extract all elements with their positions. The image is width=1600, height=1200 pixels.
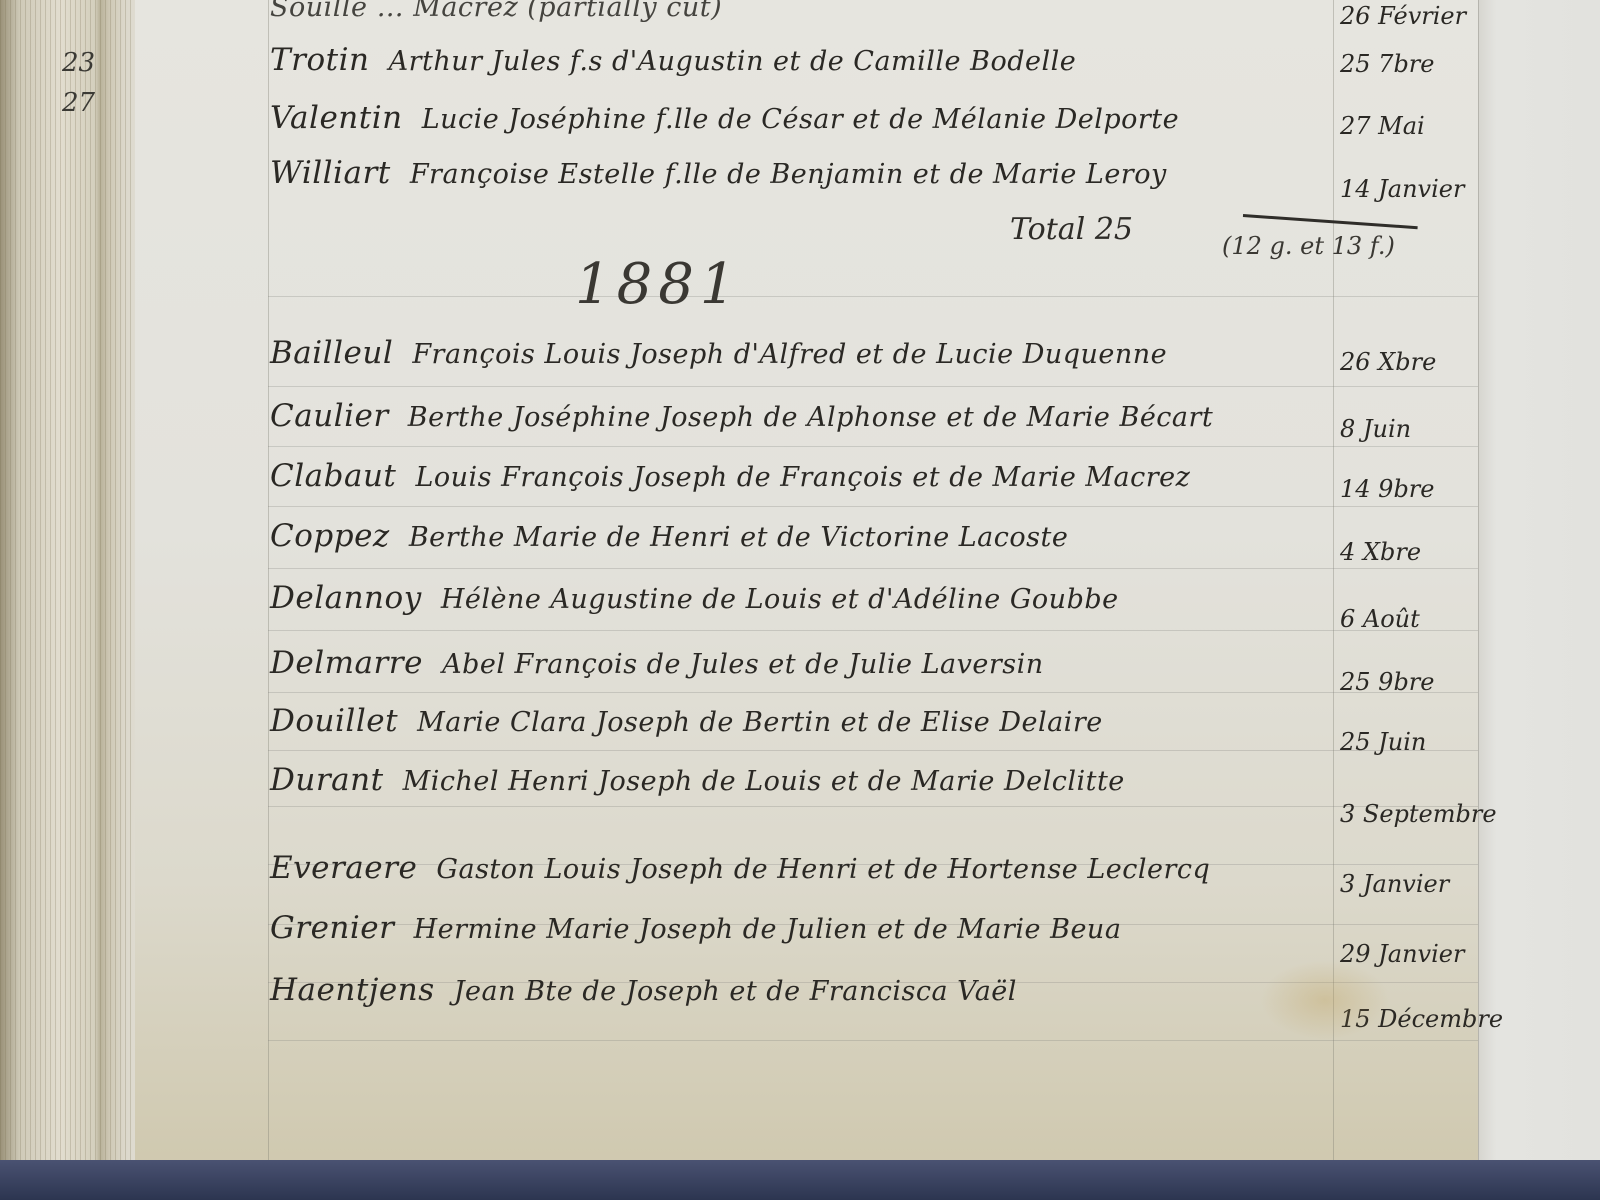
- entry-row: Delannoy Hélène Augustine de Louis et d'…: [270, 580, 1310, 616]
- ruled-line: [268, 750, 1478, 751]
- entry-parents: de Louis et d'Adéline Goubbe: [702, 584, 1118, 615]
- left-column-rule: [268, 0, 269, 1160]
- entry-date: 26 Février: [1340, 2, 1480, 30]
- entry-row: Williart Françoise Estelle f.lle de Benj…: [270, 155, 1310, 191]
- ruled-line: [268, 386, 1478, 387]
- ruled-line: [268, 630, 1478, 631]
- entry-surname: Bailleul: [270, 335, 393, 371]
- total-gender-split: (12 g. et 13 f.): [1222, 232, 1395, 260]
- entry-given-names: Arthur Jules: [389, 46, 561, 77]
- entry-date: 8 Juin: [1340, 415, 1480, 443]
- entry-date: 25 Juin: [1340, 728, 1480, 756]
- entry-surname: Coppez: [270, 518, 390, 554]
- entry-date: 4 Xbre: [1340, 538, 1480, 566]
- ruled-line: [268, 806, 1478, 807]
- entry-row: Souillé … Macrez (partially cut): [270, 0, 1310, 23]
- entry-date: 25 9bre: [1340, 668, 1480, 696]
- entry-given-names: Abel François: [442, 649, 637, 680]
- entry-parents: d'Alfred et de Lucie Duquenne: [734, 339, 1167, 370]
- entry-parents: de Henri et de Victorine Lacoste: [607, 522, 1069, 553]
- entry-parents: f.lle de César et de Mélanie Delporte: [656, 104, 1180, 135]
- ruled-line: [268, 692, 1478, 693]
- entry-date: 27 Mai: [1340, 112, 1480, 140]
- entry-date: 3 Janvier: [1340, 870, 1480, 898]
- facing-page: [1478, 0, 1600, 1160]
- ruled-line: [268, 506, 1478, 507]
- entry-row: Durant Michel Henri Joseph de Louis et d…: [270, 762, 1310, 798]
- margin-number: 27: [62, 88, 95, 118]
- entry-given-names: Berthe Joséphine Joseph: [408, 402, 755, 433]
- entry-date: 26 Xbre: [1340, 348, 1480, 376]
- page-stack-edges: [0, 0, 140, 1160]
- entry-surname: Delannoy: [270, 580, 422, 616]
- entry-given-names: Berthe Marie: [409, 522, 598, 553]
- entry-surname: Durant: [270, 762, 384, 798]
- entry-parents: de François et de Marie Macrez: [737, 462, 1191, 493]
- entry-surname: Clabaut: [270, 458, 396, 494]
- entry-given-names: François Louis Joseph: [412, 339, 724, 370]
- entry-row: Delmarre Abel François de Jules et de Ju…: [270, 645, 1310, 681]
- entry-given-names: Hélène Augustine: [441, 584, 693, 615]
- entry-surname: Williart: [270, 155, 391, 191]
- entry-parents: f.s d'Augustin et de Camille Bodelle: [570, 46, 1076, 77]
- entry-surname: Everaere: [270, 850, 417, 886]
- entry-parents: de Joseph et de Francisca Vaël: [582, 976, 1017, 1007]
- entry-parents: f.lle de Benjamin et de Marie Leroy: [665, 159, 1167, 190]
- right-column-rule: [1478, 0, 1479, 1160]
- entry-row: Clabaut Louis François Joseph de Françoi…: [270, 458, 1310, 494]
- entry-given-names: Michel Henri Joseph: [403, 766, 693, 797]
- entry-date: 14 9bre: [1340, 475, 1480, 503]
- entry-parents: de Jules et de Julie Laversin: [647, 649, 1044, 680]
- entry-row: Bailleul François Louis Joseph d'Alfred …: [270, 335, 1310, 371]
- year-heading: 1881: [575, 252, 742, 317]
- entry-parents: de Henri et de Hortense Leclercq: [734, 854, 1210, 885]
- entry-parents: de Louis et de Marie Delclitte: [702, 766, 1125, 797]
- entry-row: Haentjens Jean Bte de Joseph et de Franc…: [270, 972, 1310, 1008]
- entry-given-names: Lucie Joséphine: [422, 104, 647, 135]
- entry-given-names: Gaston Louis Joseph: [436, 854, 724, 885]
- entry-row: Valentin Lucie Joséphine f.lle de César …: [270, 100, 1310, 136]
- entry-surname: Trotin: [270, 42, 370, 78]
- ruled-line: [268, 446, 1478, 447]
- entry-row: Caulier Berthe Joséphine Joseph de Alpho…: [270, 398, 1310, 434]
- entry-parents: de Bertin et de Elise Delaire: [700, 707, 1103, 738]
- entry-given-names: Marie Clara Joseph: [417, 707, 690, 738]
- entry-date: 6 Août: [1340, 605, 1480, 633]
- entry-row: Douillet Marie Clara Joseph de Bertin et…: [270, 703, 1310, 739]
- entry-date: 3 Septembre: [1340, 800, 1480, 828]
- entry-text: Souillé … Macrez (partially cut): [270, 0, 722, 23]
- ruled-line: [268, 1040, 1478, 1041]
- entry-date: 14 Janvier: [1340, 175, 1480, 203]
- entry-surname: Delmarre: [270, 645, 423, 681]
- entry-row: Grenier Hermine Marie Joseph de Julien e…: [270, 910, 1310, 946]
- register-book: 23 27 Souillé … Macrez (partially cut) 2…: [0, 0, 1600, 1200]
- entry-surname: Grenier: [270, 910, 394, 946]
- entry-row: Trotin Arthur Jules f.s d'Augustin et de…: [270, 42, 1310, 78]
- entry-given-names: Louis François Joseph: [415, 462, 727, 493]
- entry-surname: Haentjens: [270, 972, 435, 1008]
- paper-stain: [1260, 960, 1390, 1040]
- entry-row: Everaere Gaston Louis Joseph de Henri et…: [270, 850, 1310, 886]
- ruled-line: [268, 296, 1478, 297]
- entry-parents: de Julien et de Marie Beua: [743, 914, 1122, 945]
- entry-date: 25 7bre: [1340, 50, 1480, 78]
- entry-parents: de Alphonse et de Marie Bécart: [764, 402, 1214, 433]
- entry-given-names: Françoise Estelle: [410, 159, 656, 190]
- entry-surname: Valentin: [270, 100, 403, 136]
- ruled-line: [268, 568, 1478, 569]
- entry-surname: Douillet: [270, 703, 398, 739]
- entry-row: Coppez Berthe Marie de Henri et de Victo…: [270, 518, 1310, 554]
- book-cover-edge: [0, 1160, 1600, 1200]
- entry-given-names: Hermine Marie Joseph: [414, 914, 734, 945]
- margin-number: 23: [62, 48, 95, 78]
- total-count: Total 25: [1010, 212, 1133, 247]
- entry-given-names: Jean Bte: [454, 976, 574, 1007]
- entry-surname: Caulier: [270, 398, 389, 434]
